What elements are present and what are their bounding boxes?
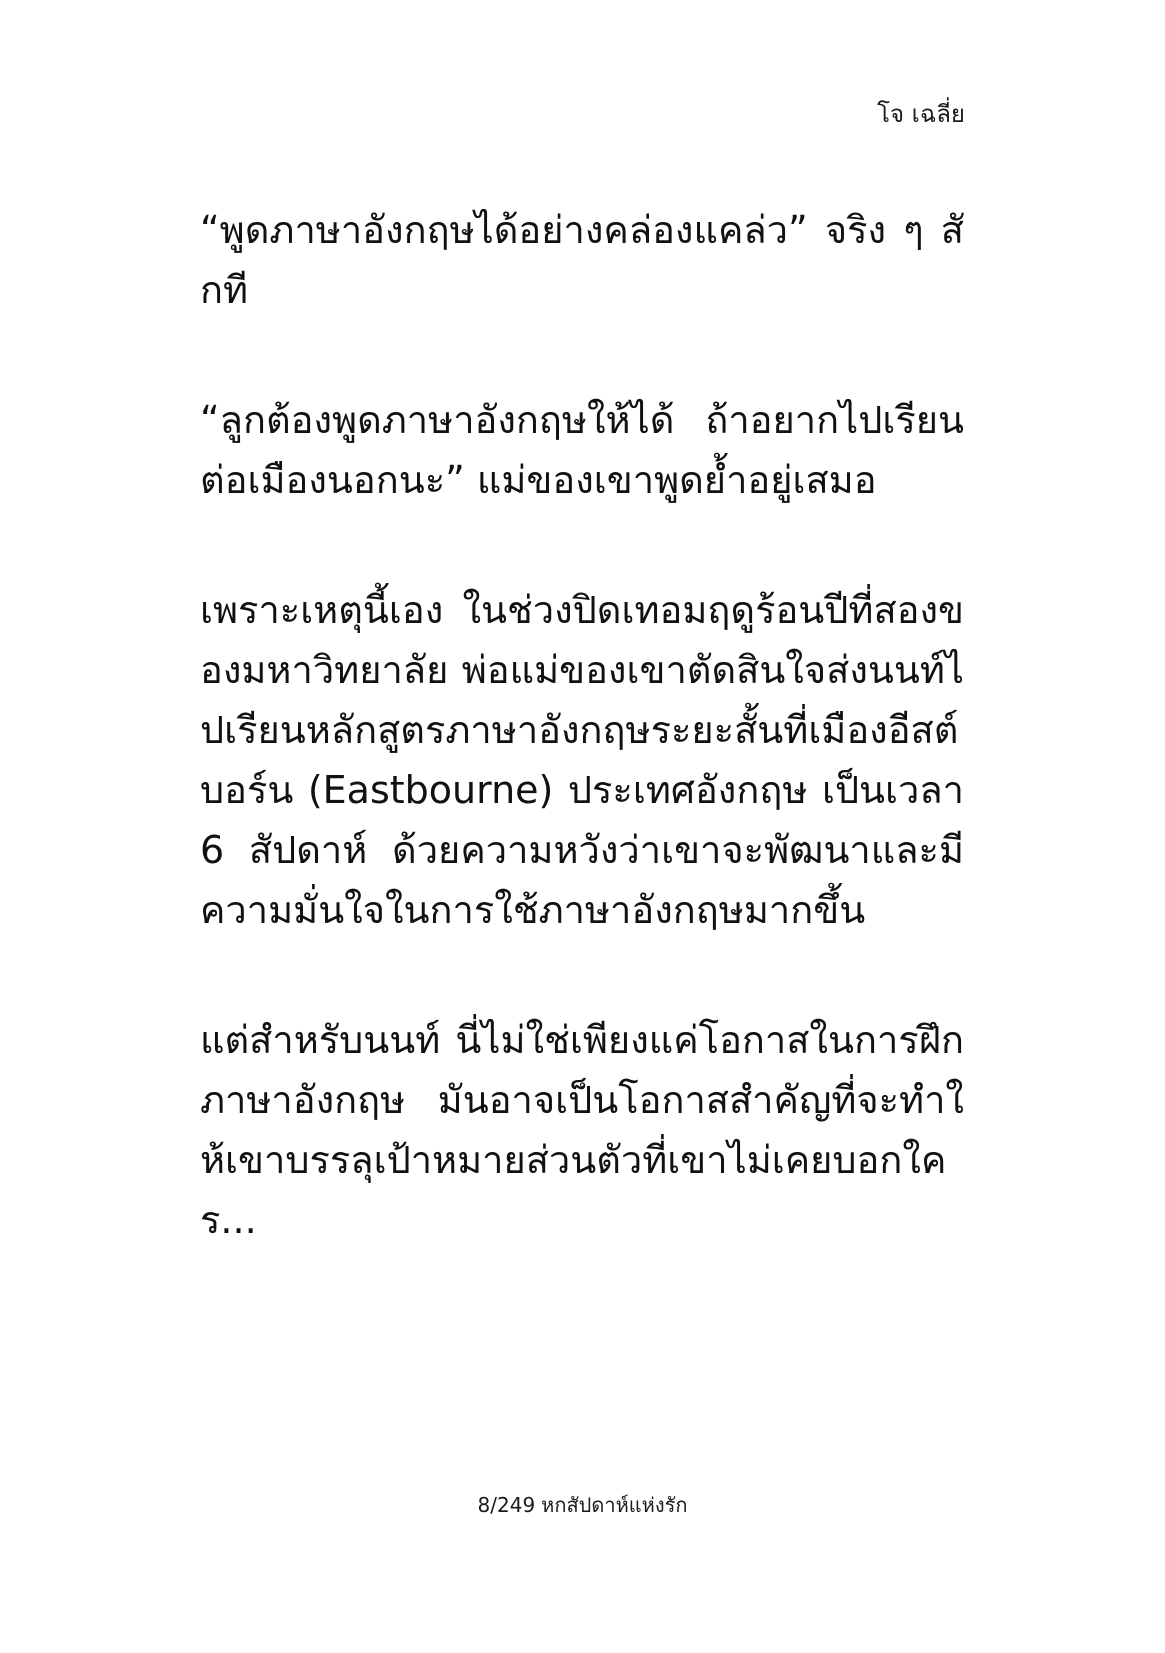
book-title: หกสัปดาห์แห่งรัก (541, 1493, 687, 1517)
paragraph-1: “พูดภาษาอังกฤษได้อย่างคล่องแคล่ว” จริง ๆ… (200, 200, 964, 320)
page-header-author: โจ เฉลี่ย (877, 96, 965, 132)
paragraph-3: เพราะเหตุนี้เอง ในช่วงปิดเทอมฤดูร้อนปีที… (200, 580, 964, 940)
paragraph-4: แต่สำหรับนนท์ นี่ไม่ใช่เพียงแค่โอกาสในกา… (200, 1010, 964, 1250)
page-footer: 8/249หกสัปดาห์แห่งรัก (0, 1490, 1165, 1520)
paragraph-2: “ลูกต้องพูดภาษาอังกฤษให้ได้ ถ้าอยากไปเรี… (200, 390, 964, 510)
page-body: “พูดภาษาอังกฤษได้อย่างคล่องแคล่ว” จริง ๆ… (200, 200, 964, 1250)
page-number: 8/249 (478, 1493, 536, 1517)
